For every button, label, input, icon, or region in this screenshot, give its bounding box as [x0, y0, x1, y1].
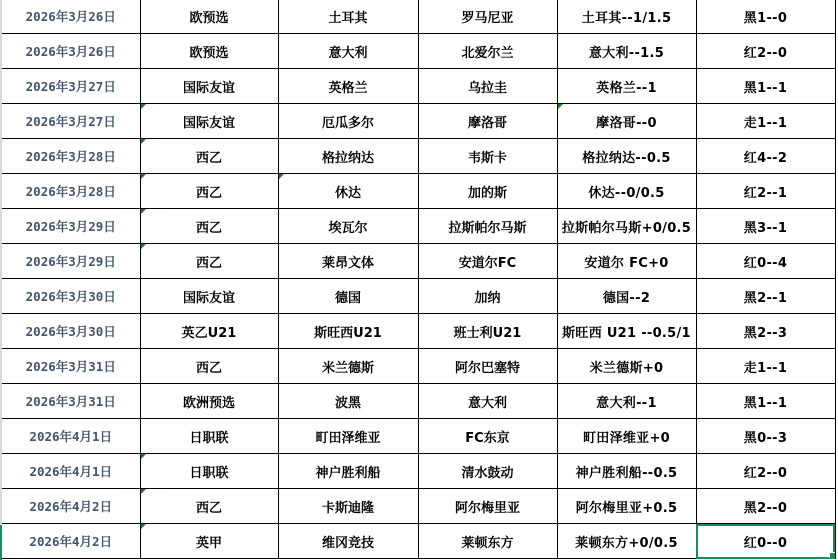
- cell-date[interactable]: 2026年3月30日: [2, 314, 140, 349]
- table-row: 2026年3月30日国际友谊德国加纳德国--2黑2--1: [2, 279, 835, 314]
- cell-home[interactable]: 莱昂文体: [278, 244, 418, 279]
- cell-home[interactable]: 英格兰: [278, 69, 418, 104]
- cell-league[interactable]: 欧洲预选: [140, 384, 278, 419]
- cell-date[interactable]: 2026年3月26日: [2, 0, 140, 34]
- cell-result[interactable]: 黑3--1: [696, 209, 835, 244]
- cell-home[interactable]: 斯旺西U21: [278, 314, 418, 349]
- cell-league[interactable]: 国际友谊: [140, 104, 278, 139]
- cell-home[interactable]: 米兰德斯: [278, 349, 418, 384]
- cell-away[interactable]: FC东京: [418, 419, 557, 454]
- cell-handicap[interactable]: 斯旺西 U21 --0.5/1: [557, 314, 696, 349]
- cell-away[interactable]: 阿尔梅里亚: [418, 489, 557, 524]
- cell-home[interactable]: 德国: [278, 279, 418, 314]
- cell-away[interactable]: 拉斯帕尔马斯: [418, 209, 557, 244]
- cell-away[interactable]: 清水鼓动: [418, 454, 557, 489]
- table-row: 2026年3月29日西乙埃瓦尔拉斯帕尔马斯拉斯帕尔马斯+0/0.5黑3--1: [2, 209, 835, 244]
- cell-away[interactable]: 摩洛哥: [418, 104, 557, 139]
- comment-indicator-icon: [141, 139, 146, 144]
- table-row: 2026年4月2日西乙卡斯迪隆阿尔梅里亚阿尔梅里亚+0.5黑2--0: [2, 489, 835, 524]
- cell-result[interactable]: 黑1--1: [696, 69, 835, 104]
- comment-indicator-icon: [141, 104, 146, 109]
- cell-away[interactable]: 班士利U21: [418, 314, 557, 349]
- cell-home[interactable]: 町田泽维亚: [278, 419, 418, 454]
- cell-league[interactable]: 西乙: [140, 174, 278, 209]
- cell-league[interactable]: 西乙: [140, 139, 278, 174]
- table-row: 2026年3月26日欧预选土耳其罗马尼亚土耳其--1/1.5黑1--0: [2, 0, 835, 34]
- table-row: 2026年3月30日英乙U21斯旺西U21班士利U21斯旺西 U21 --0.5…: [2, 314, 835, 349]
- cell-home[interactable]: 卡斯迪隆: [278, 489, 418, 524]
- cell-handicap[interactable]: 土耳其--1/1.5: [557, 0, 696, 34]
- cell-home[interactable]: 意大利: [278, 34, 418, 69]
- cell-date[interactable]: 2026年3月29日: [2, 244, 140, 279]
- cell-result[interactable]: 黑2--0: [696, 489, 835, 524]
- table-row: 2026年4月1日日职联町田泽维亚FC东京町田泽维亚+0黑0--3: [2, 419, 835, 454]
- cell-date[interactable]: 2026年4月2日: [2, 489, 140, 524]
- cell-league[interactable]: 英甲: [140, 524, 278, 559]
- cell-handicap[interactable]: 安道尔 FC+0: [557, 244, 696, 279]
- cell-league[interactable]: 西乙: [140, 489, 278, 524]
- comment-indicator-icon: [141, 454, 146, 459]
- cell-date[interactable]: 2026年4月1日: [2, 419, 140, 454]
- cell-league[interactable]: 国际友谊: [140, 69, 278, 104]
- cell-league[interactable]: 国际友谊: [140, 279, 278, 314]
- cell-handicap[interactable]: 拉斯帕尔马斯+0/0.5: [557, 209, 696, 244]
- cell-date[interactable]: 2026年3月29日: [2, 209, 140, 244]
- cell-league[interactable]: 欧预选: [140, 34, 278, 69]
- cell-date[interactable]: 2026年3月27日: [2, 69, 140, 104]
- table-row: 2026年3月31日欧洲预选波黑意大利意大利--1黑1--1: [2, 384, 835, 419]
- cell-handicap[interactable]: 德国--2: [557, 279, 696, 314]
- cell-date[interactable]: 2026年3月27日: [2, 104, 140, 139]
- cell-league[interactable]: 日职联: [140, 419, 278, 454]
- cell-league[interactable]: 西乙: [140, 244, 278, 279]
- cell-result[interactable]: 红4--2: [696, 139, 835, 174]
- cell-league[interactable]: 西乙: [140, 209, 278, 244]
- cell-date[interactable]: 2026年3月28日: [2, 139, 140, 174]
- table-row: 2026年3月29日西乙莱昂文体安道尔FC安道尔 FC+0红0--4: [2, 244, 835, 279]
- cell-away[interactable]: 安道尔FC: [418, 244, 557, 279]
- cell-result[interactable]: 黑2--1: [696, 279, 835, 314]
- cell-date[interactable]: 2026年3月26日: [2, 34, 140, 69]
- cell-handicap[interactable]: 休达--0/0.5: [557, 174, 696, 209]
- comment-indicator-icon: [141, 489, 146, 494]
- comment-indicator-icon: [279, 174, 284, 179]
- cell-result[interactable]: 红2--1: [696, 174, 835, 209]
- cell-away[interactable]: 加纳: [418, 279, 557, 314]
- cell-result[interactable]: 红0--0: [696, 524, 835, 559]
- cell-away[interactable]: 阿尔巴塞特: [418, 349, 557, 384]
- table-row: 2026年3月31日西乙米兰德斯阿尔巴塞特米兰德斯+0走1--1: [2, 349, 835, 384]
- cell-away[interactable]: 北爱尔兰: [418, 34, 557, 69]
- table-row: 2026年4月2日英甲维冈竞技莱顿东方莱顿东方+0/0.5红0--0: [2, 524, 835, 559]
- cell-date[interactable]: 2026年3月28日: [2, 174, 140, 209]
- cell-league[interactable]: 日职联: [140, 454, 278, 489]
- cell-date[interactable]: 2026年3月31日: [2, 349, 140, 384]
- table-row: 2026年3月27日国际友谊厄瓜多尔摩洛哥摩洛哥--0走1--1: [2, 104, 835, 139]
- cell-handicap[interactable]: 米兰德斯+0: [557, 349, 696, 384]
- comment-indicator-icon: [141, 174, 146, 179]
- cell-league[interactable]: 西乙: [140, 349, 278, 384]
- cell-handicap[interactable]: 格拉纳达--0.5: [557, 139, 696, 174]
- cell-handicap[interactable]: 町田泽维亚+0: [557, 419, 696, 454]
- cell-result[interactable]: 红0--4: [696, 244, 835, 279]
- cell-league[interactable]: 欧预选: [140, 0, 278, 34]
- cell-away[interactable]: 乌拉圭: [418, 69, 557, 104]
- cell-result[interactable]: 黑2--3: [696, 314, 835, 349]
- cell-handicap[interactable]: 意大利--1: [557, 384, 696, 419]
- cell-result[interactable]: 红2--0: [696, 34, 835, 69]
- cell-home[interactable]: 厄瓜多尔: [278, 104, 418, 139]
- comment-indicator-icon: [141, 244, 146, 249]
- cell-away[interactable]: 意大利: [418, 384, 557, 419]
- comment-indicator-icon: [141, 209, 146, 214]
- cell-home[interactable]: 神户胜利船: [278, 454, 418, 489]
- table-row: 2026年3月26日欧预选意大利北爱尔兰意大利--1.5红2--0: [2, 34, 835, 69]
- cell-result[interactable]: 红2--0: [696, 454, 835, 489]
- table-row: 2026年3月28日西乙休达加的斯休达--0/0.5红2--1: [2, 174, 835, 209]
- cell-league[interactable]: 英乙U21: [140, 314, 278, 349]
- comment-indicator-icon: [558, 104, 563, 109]
- cell-home[interactable]: 土耳其: [278, 0, 418, 34]
- table-row: 2026年3月27日国际友谊英格兰乌拉圭英格兰--1黑1--1: [2, 69, 835, 104]
- cell-handicap[interactable]: 意大利--1.5: [557, 34, 696, 69]
- cell-date[interactable]: 2026年3月31日: [2, 384, 140, 419]
- cell-result[interactable]: 走1--1: [696, 349, 835, 384]
- cell-home[interactable]: 维冈竞技: [278, 524, 418, 559]
- match-table: 2026年3月26日欧预选土耳其罗马尼亚土耳其--1/1.5黑1--02026年…: [2, 0, 836, 559]
- cell-result[interactable]: 走1--1: [696, 104, 835, 139]
- comment-indicator-icon: [141, 524, 146, 529]
- cell-handicap[interactable]: 阿尔梅里亚+0.5: [557, 489, 696, 524]
- cell-away[interactable]: 加的斯: [418, 174, 557, 209]
- cell-result[interactable]: 黑0--3: [696, 419, 835, 454]
- cell-date[interactable]: 2026年4月2日: [2, 524, 140, 559]
- cell-handicap[interactable]: 神户胜利船--0.5: [557, 454, 696, 489]
- cell-home[interactable]: 格拉纳达: [278, 139, 418, 174]
- cell-home[interactable]: 埃瓦尔: [278, 209, 418, 244]
- cell-handicap[interactable]: 英格兰--1: [557, 69, 696, 104]
- cell-away[interactable]: 韦斯卡: [418, 139, 557, 174]
- cell-handicap[interactable]: 摩洛哥--0: [557, 104, 696, 139]
- cell-home[interactable]: 波黑: [278, 384, 418, 419]
- cell-handicap[interactable]: 莱顿东方+0/0.5: [557, 524, 696, 559]
- cell-home[interactable]: 休达: [278, 174, 418, 209]
- table-row: 2026年4月1日日职联神户胜利船清水鼓动神户胜利船--0.5红2--0: [2, 454, 835, 489]
- cell-result[interactable]: 黑1--0: [696, 0, 835, 34]
- cell-away[interactable]: 罗马尼亚: [418, 0, 557, 34]
- fill-handle[interactable]: [829, 552, 836, 559]
- cell-result[interactable]: 黑1--1: [696, 384, 835, 419]
- table-row: 2026年3月28日西乙格拉纳达韦斯卡格拉纳达--0.5红4--2: [2, 139, 835, 174]
- cell-date[interactable]: 2026年3月30日: [2, 279, 140, 314]
- cell-date[interactable]: 2026年4月1日: [2, 454, 140, 489]
- cell-away[interactable]: 莱顿东方: [418, 524, 557, 559]
